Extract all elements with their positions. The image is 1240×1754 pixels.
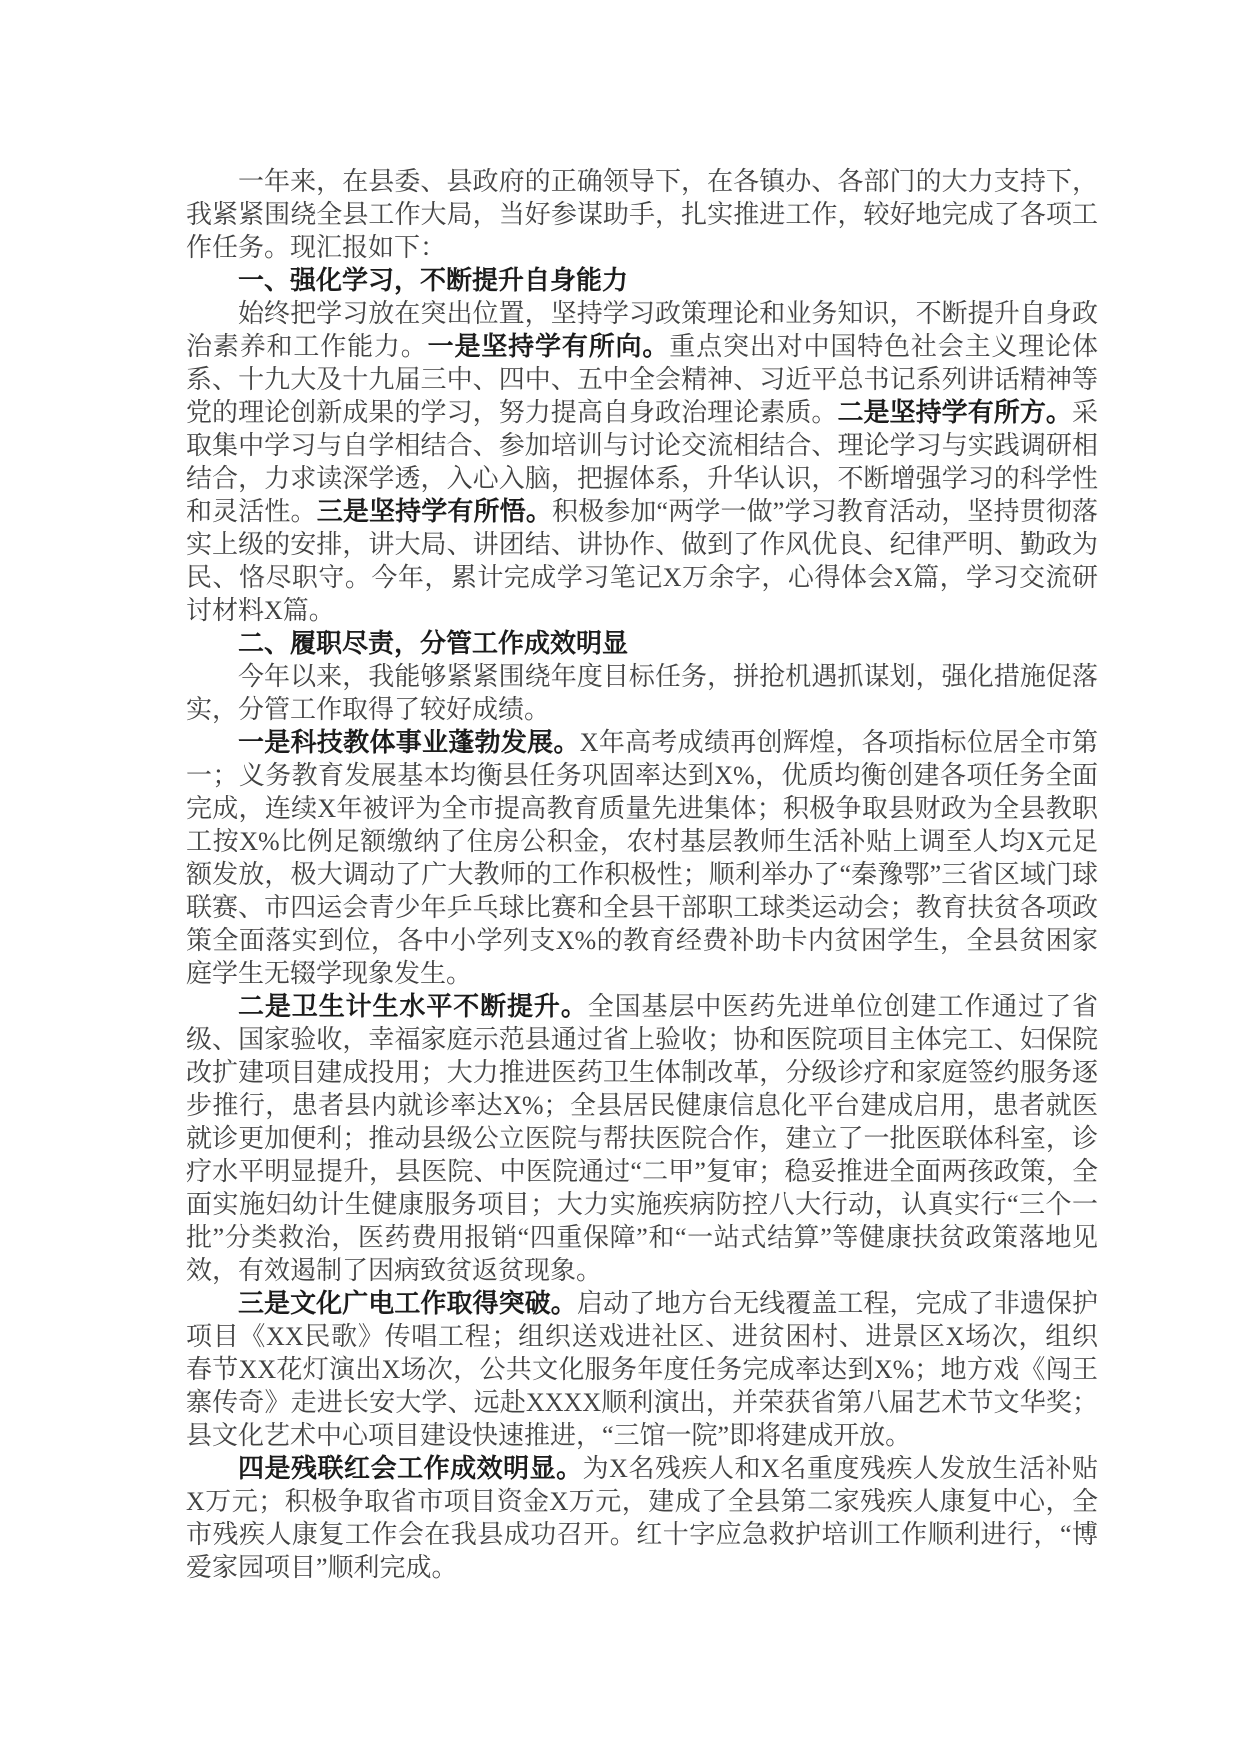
paragraph-5: 二是卫生计生水平不断提升。全国基层中医药先进单位创建工作通过了省级、国家验收，幸…	[186, 990, 1098, 1287]
bold-text-run: 三是文化广电工作取得突破。	[238, 1289, 577, 1318]
paragraph-7: 四是残联红会工作成效明显。为X名残疾人和X名重度残疾人发放生活补贴X万元；积极争…	[186, 1452, 1098, 1584]
bold-text-run: 三是坚持学有所悟。	[317, 497, 552, 526]
bold-text-run: 一、强化学习，不断提升自身能力	[238, 266, 628, 295]
document-page: 一年来，在县委、县政府的正确领导下，在各镇办、各部门的大力支持下，我紧紧围绕全县…	[0, 0, 1240, 1754]
paragraph-3: 今年以来，我能够紧紧围绕年度目标任务，拼抢机遇抓谋划，强化措施促落实，分管工作取…	[186, 660, 1098, 726]
bold-text-run: 四是残联红会工作成效明显。	[238, 1454, 583, 1483]
paragraph-1: 一年来，在县委、县政府的正确领导下，在各镇办、各部门的大力支持下，我紧紧围绕全县…	[186, 165, 1098, 264]
text-run: 今年以来，我能够紧紧围绕年度目标任务，拼抢机遇抓谋划，强化措施促落实，分管工作取…	[186, 662, 1098, 724]
bold-text-run: 一是坚持学有所向。	[428, 332, 670, 361]
text-run: 一年来，在县委、县政府的正确领导下，在各镇办、各部门的大力支持下，我紧紧围绕全县…	[186, 167, 1098, 262]
section-heading-1: 一、强化学习，不断提升自身能力	[186, 264, 1098, 297]
text-run: 全国基层中医药先进单位创建工作通过了省级、国家验收，幸福家庭示范县通过省上验收；…	[186, 992, 1098, 1285]
text-run: X年高考成绩再创辉煌，各项指标位居全市第一；义务教育发展基本均衡县任务巩固率达到…	[186, 728, 1098, 988]
bold-text-run: 一是科技教体事业蓬勃发展。	[238, 728, 580, 757]
bold-text-run: 二是坚持学有所方。	[837, 398, 1072, 427]
paragraph-2: 始终把学习放在突出位置，坚持学习政策理论和业务知识，不断提升自身政治素养和工作能…	[186, 297, 1098, 627]
document-body: 一年来，在县委、县政府的正确领导下，在各镇办、各部门的大力支持下，我紧紧围绕全县…	[186, 165, 1098, 1584]
paragraph-4: 一是科技教体事业蓬勃发展。X年高考成绩再创辉煌，各项指标位居全市第一；义务教育发…	[186, 726, 1098, 990]
paragraph-6: 三是文化广电工作取得突破。启动了地方台无线覆盖工程，完成了非遗保护项目《XX民歌…	[186, 1287, 1098, 1452]
section-heading-2: 二、履职尽责，分管工作成效明显	[186, 627, 1098, 660]
bold-text-run: 二是卫生计生水平不断提升。	[238, 992, 588, 1021]
bold-text-run: 二、履职尽责，分管工作成效明显	[238, 629, 628, 658]
